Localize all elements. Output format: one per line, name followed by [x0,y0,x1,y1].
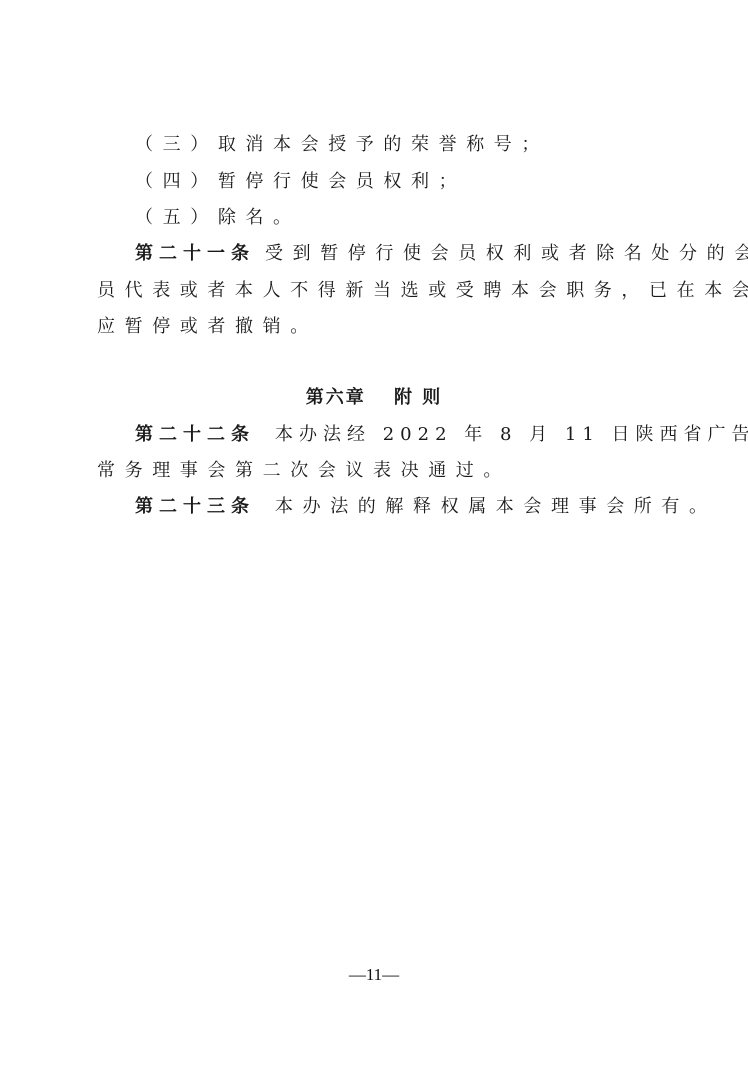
article-21-text: 受到暂停行使会员权利或者除名处分的会员，其会 [265,243,748,264]
item-label: （三） [135,134,218,155]
article-22-text: 本办法经 2022 年 8 月 11 日陕西省广告协会第六届 [275,424,748,445]
article-21-line-3: 应暂停或者撤销。 [97,315,667,339]
article-22-line-1: 第二十二条本办法经 2022 年 8 月 11 日陕西省广告协会第六届 [135,423,705,447]
article-21-line-1: 第二十一条受到暂停行使会员权利或者除名处分的会员，其会 [135,242,705,266]
document-page: （三）取消本会授予的荣誉称号； （四）暂停行使会员权利； （五）除名。 第二十一… [0,0,748,1065]
article-23-title: 第二十三条 [135,496,255,517]
item-label: （五） [135,207,218,228]
article-23-text: 本办法的解释权属本会理事会所有。 [275,496,717,517]
article-21-title: 第二十一条 [135,243,255,264]
item-text: 除名。 [218,207,301,228]
item-text: 取消本会授予的荣誉称号； [218,134,549,155]
list-item-4: （四）暂停行使会员权利； [135,170,705,194]
list-item-3: （三）取消本会授予的荣誉称号； [135,133,705,157]
item-label: （四） [135,171,218,192]
item-text: 暂停行使会员权利； [218,171,466,192]
article-21-line-2: 员代表或者本人不得新当选或受聘本会职务，已在本会担任的职务相 [97,279,667,303]
page-number: —11— [0,963,748,987]
article-22-title: 第二十二条 [135,424,255,445]
article-22-line-2: 常务理事会第二次会议表决通过。 [97,459,667,483]
article-23-line-1: 第二十三条本办法的解释权属本会理事会所有。 [135,495,705,519]
list-item-5: （五）除名。 [135,206,705,230]
chapter-heading: 第六章 附 则 [0,386,748,410]
